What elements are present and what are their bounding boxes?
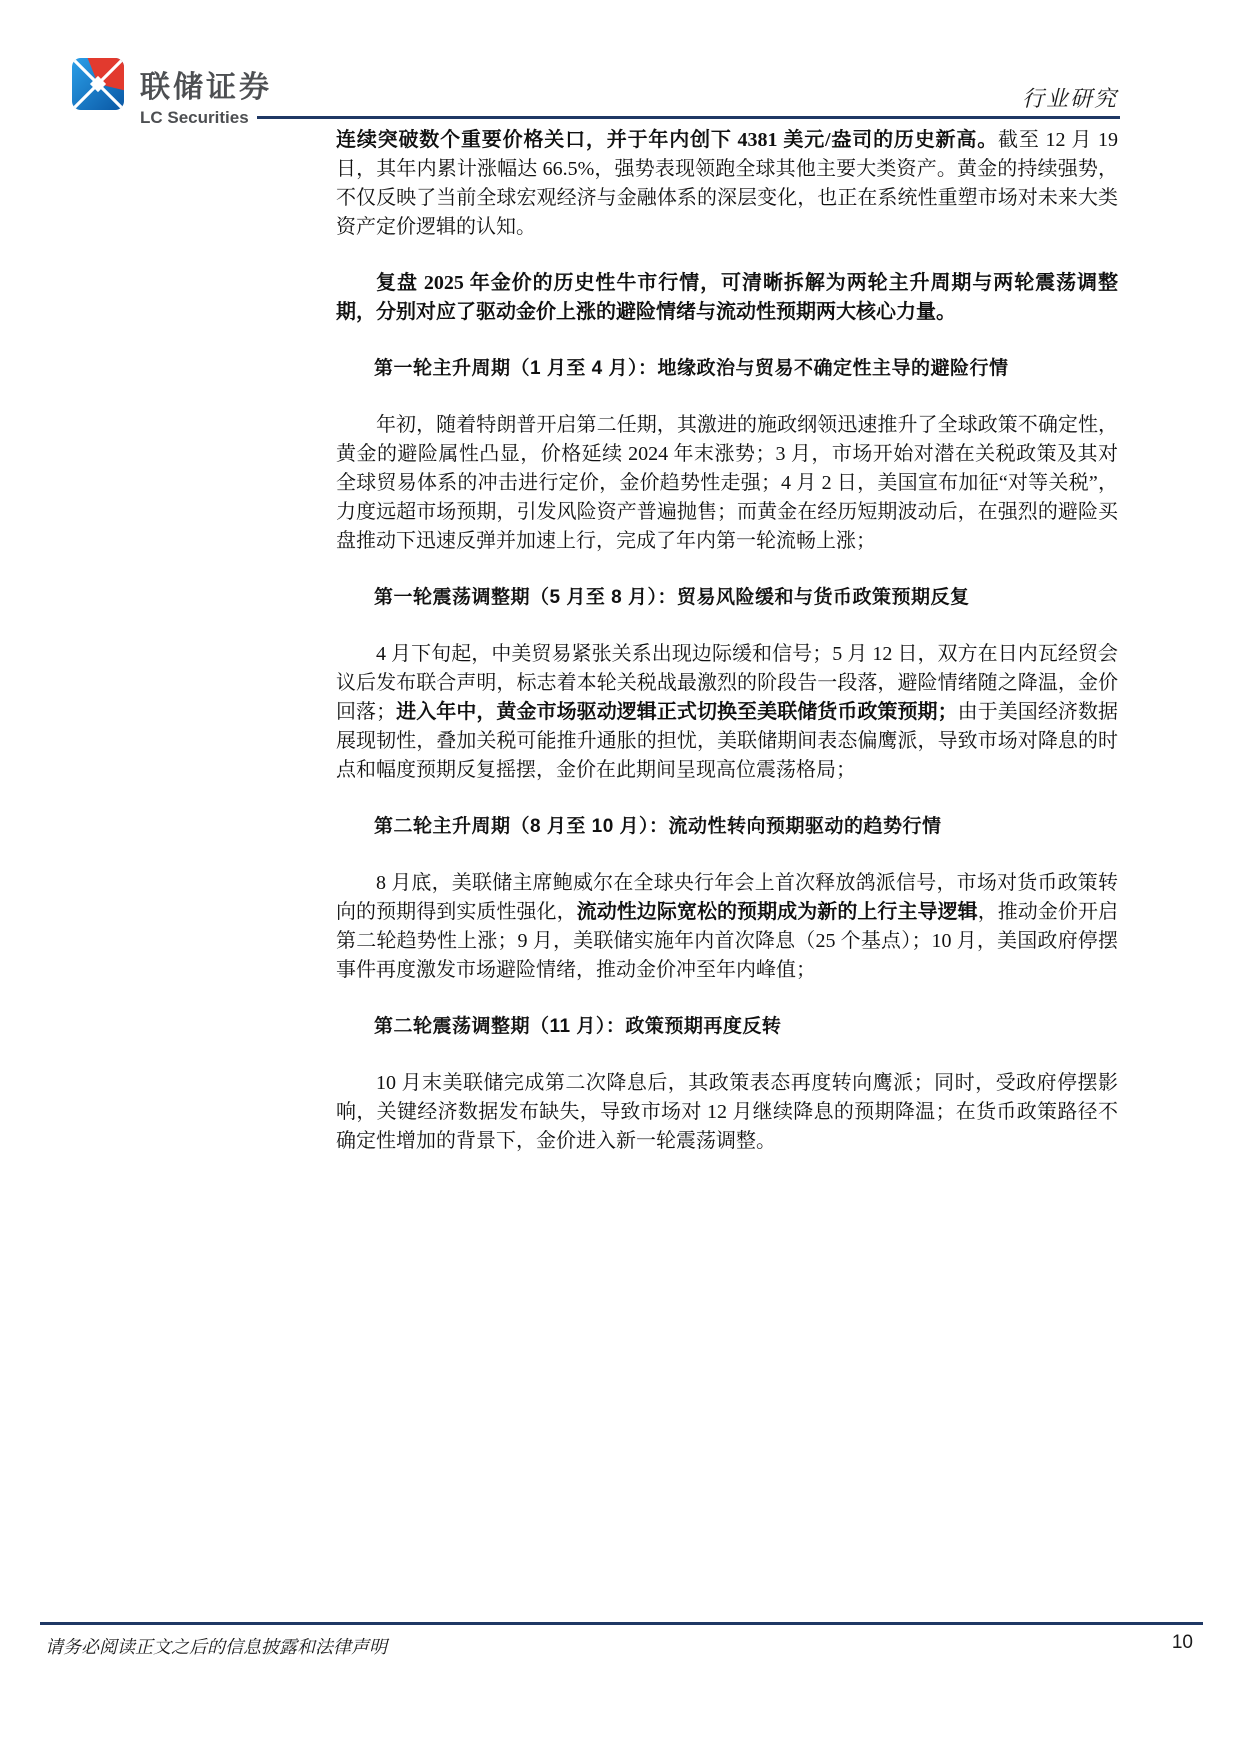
report-body: 连续突破数个重要价格关口，并于年内创下 4381 美元/盎司的历史新高。截至 1… <box>336 126 1118 1183</box>
heading-second-consolidation-phase: 第二轮震荡调整期（11 月）：政策预期再度反转 <box>336 1012 1118 1041</box>
paragraph-2025-review-summary: 复盘 2025 年金价的历史性牛市行情，可清晰拆解为两轮主升周期与两轮震荡调整期… <box>336 269 1118 327</box>
heading-second-rally-phase: 第二轮主升周期（8 月至 10 月）：流动性转向预期驱动的趋势行情 <box>336 812 1118 841</box>
bold-run: 连续突破数个重要价格关口，并于年内创下 4381 美元/盎司的历史新高。 <box>336 129 998 151</box>
paragraph-first-consolidation-detail: 4 月下旬起，中美贸易紧张关系出现边际缓和信号；5 月 12 日，双方在日内瓦经… <box>336 640 1118 785</box>
bold-run: 流动性边际宽松的预期成为新的上行主导逻辑 <box>577 901 978 923</box>
logo-mark-icon <box>72 58 124 110</box>
paragraph-gold-record-high: 连续突破数个重要价格关口，并于年内创下 4381 美元/盎司的历史新高。截至 1… <box>336 126 1118 242</box>
bold-run: 复盘 2025 年金价的历史性牛市行情，可清晰拆解为两轮主升周期与两轮震荡调整期… <box>336 272 1118 323</box>
bold-run: 进入年中，黄金市场驱动逻辑正式切换至美联储货币政策预期； <box>396 701 957 723</box>
report-type-label: 行业研究 <box>1022 82 1118 113</box>
text-run: 10 月末美联储完成第二次降息后，其政策表态再度转向鹰派；同时，受政府停摆影响，… <box>336 1072 1118 1152</box>
page-header: 联储证券 LC Securities 行业研究 <box>0 0 1241 125</box>
footer-disclaimer-text: 请务必阅读正文之后的信息披露和法律声明 <box>45 1633 387 1659</box>
lc-securities-logo-icon <box>72 58 124 110</box>
header-divider-line <box>257 116 1120 119</box>
text-run: 年初，随着特朗普开启第二任期，其激进的施政纲领迅速推升了全球政策不确定性，黄金的… <box>336 414 1118 552</box>
paragraph-second-rally-detail: 8 月底，美联储主席鲍威尔在全球央行年会上首次释放鸽派信号，市场对货币政策转向的… <box>336 869 1118 985</box>
brand-block: 联储证券 LC Securities <box>140 62 272 128</box>
paragraph-second-consolidation-detail: 10 月末美联储完成第二次降息后，其政策表态再度转向鹰派；同时，受政府停摆影响，… <box>336 1069 1118 1156</box>
brand-name-cn: 联储证券 <box>140 62 272 106</box>
page-number: 10 <box>1172 1632 1193 1654</box>
brand-name-en: LC Securities <box>140 108 272 128</box>
heading-first-consolidation-phase: 第一轮震荡调整期（5 月至 8 月）：贸易风险缓和与货币政策预期反复 <box>336 583 1118 612</box>
footer-divider-line <box>40 1622 1203 1625</box>
paragraph-first-rally-detail: 年初，随着特朗普开启第二任期，其激进的施政纲领迅速推升了全球政策不确定性，黄金的… <box>336 411 1118 556</box>
heading-first-rally-phase: 第一轮主升周期（1 月至 4 月）：地缘政治与贸易不确定性主导的避险行情 <box>336 354 1118 383</box>
report-page: 联储证券 LC Securities 行业研究 连续突破数个重要价格关口，并于年… <box>0 0 1241 1754</box>
